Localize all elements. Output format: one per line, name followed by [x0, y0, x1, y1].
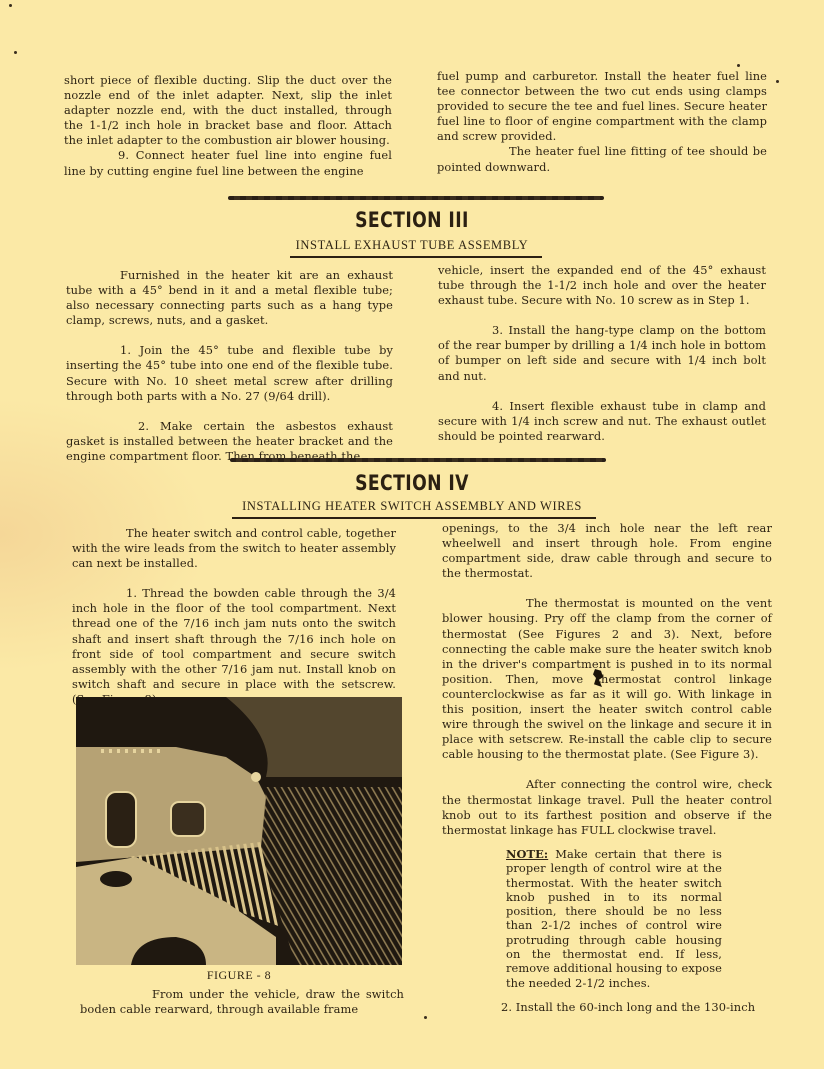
paragraph: The heater fuel line fitting of tee shou…: [437, 144, 767, 174]
note-label: NOTE:: [506, 847, 548, 861]
paragraph: short piece of flexible ducting. Slip th…: [64, 73, 392, 148]
section-3-right-column: vehicle, insert the expanded end of the …: [438, 263, 766, 444]
paragraph: fuel pump and carburetor. Install the he…: [437, 69, 767, 144]
section-4-title: SECTION IV: [74, 471, 750, 495]
section-4-left-column: The heater switch and control cable, tog…: [72, 526, 396, 707]
wavy-divider: [228, 196, 604, 200]
step-2-line: 2. Install the 60-inch long and the 130-…: [501, 1000, 801, 1015]
section-3-left-column: Furnished in the heater kit are an exhau…: [66, 268, 393, 464]
section-4-right-column: openings, to the 3/4 inch hole near the …: [442, 521, 772, 838]
vehicle-compartment-image: [76, 697, 402, 965]
paragraph: The heater switch and control cable, tog…: [72, 526, 396, 571]
paper-speck: [737, 64, 740, 67]
manual-page: short piece of flexible ducting. Slip th…: [0, 0, 824, 1069]
top-right-column: fuel pump and carburetor. Install the he…: [437, 69, 767, 175]
paragraph: The thermostat is mounted on the vent bl…: [442, 596, 772, 762]
paragraph: 9. Connect heater fuel line into engine …: [64, 148, 392, 178]
section-4-subtitle: INSTALLING HEATER SWITCH ASSEMBLY AND WI…: [0, 499, 824, 514]
section-4-left-after-figure: From under the vehicle, draw the switch …: [80, 987, 404, 1017]
paragraph: After connecting the control wire, check…: [442, 777, 772, 837]
note-block: NOTE: Make certain that there is proper …: [506, 847, 722, 990]
paragraph: openings, to the 3/4 inch hole near the …: [442, 521, 772, 581]
paragraph: 1. Thread the bowden cable through the 3…: [72, 586, 396, 707]
paragraph: 1. Join the 45° tube and flexible tube b…: [66, 343, 393, 403]
subtitle-underline: [232, 517, 596, 519]
paper-speck: [424, 1016, 427, 1019]
paragraph: vehicle, insert the expanded end of the …: [438, 263, 766, 308]
paragraph: 4. Insert flexible exhaust tube in clamp…: [438, 399, 766, 444]
paragraph: 2. Install the 60-inch long and the 130-…: [501, 1000, 801, 1015]
paper-speck: [776, 80, 779, 83]
paragraph: From under the vehicle, draw the switch …: [80, 987, 404, 1017]
figure-caption: FIGURE - 8: [76, 968, 402, 983]
section-3-subtitle: INSTALL EXHAUST TUBE ASSEMBLY: [0, 238, 824, 253]
figure-8-photo: [76, 697, 402, 965]
paper-speck: [9, 4, 12, 7]
note-text: Make certain that there is proper length…: [506, 847, 722, 990]
section-3-title: SECTION III: [74, 208, 750, 232]
paragraph: Furnished in the heater kit are an exhau…: [66, 268, 393, 328]
paper-speck: [14, 51, 17, 54]
paragraph: 3. Install the hang-type clamp on the bo…: [438, 323, 766, 383]
top-left-column: short piece of flexible ducting. Slip th…: [64, 73, 392, 179]
wavy-divider: [230, 458, 606, 462]
subtitle-underline: [290, 256, 542, 258]
